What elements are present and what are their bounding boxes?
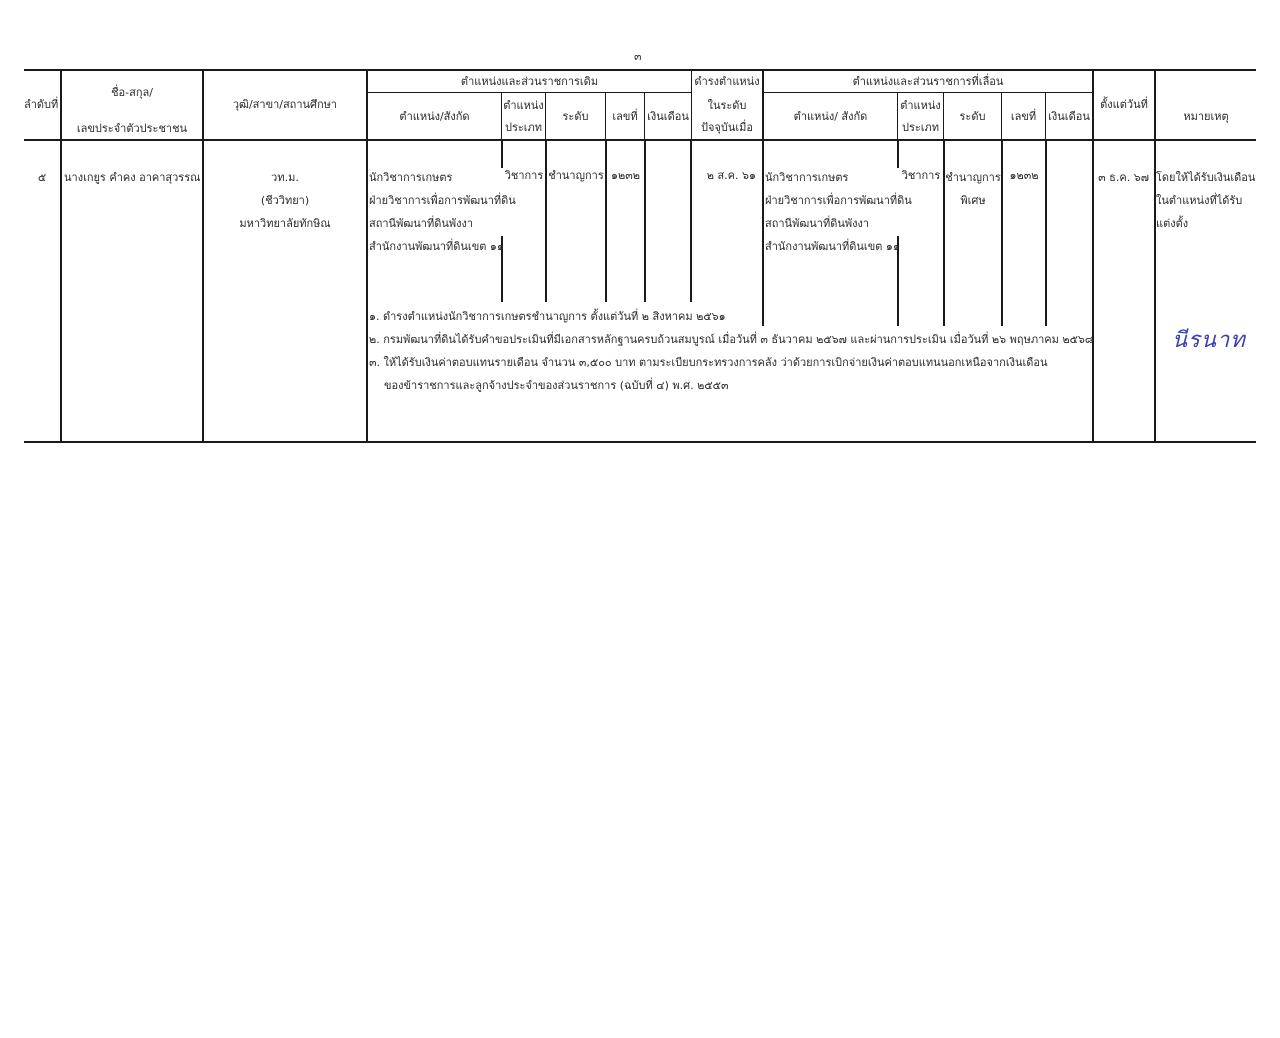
row-new-type: วิชาการ — [899, 164, 943, 187]
col-divider — [1092, 69, 1094, 443]
header-new-salary: เงินเดือน — [1046, 105, 1092, 128]
row-order: ๕ — [24, 166, 60, 189]
row-new-position-line: ฝ่ายวิชาการเพื่อการพัฒนาที่ดิน — [765, 189, 912, 212]
signature-initials: นีรนาท — [1172, 322, 1246, 357]
header-held-line2: ในระดับ — [692, 94, 762, 117]
header-new-number: เลขที่ — [1002, 105, 1045, 128]
row-since: ๓ ธ.ค. ๖๗ — [1094, 166, 1149, 189]
col-divider — [202, 69, 204, 443]
header-since: ตั้งแต่วันที่ — [1094, 93, 1154, 116]
table-bottom-border — [24, 441, 1256, 443]
header-name-line1: ชื่อ-สกุล/ — [62, 81, 202, 104]
row-new-position-line: นักวิชาการเกษตร — [765, 166, 848, 189]
header-old-level: ระดับ — [546, 105, 605, 128]
header-held-line1: ดำรงตำแหน่ง — [692, 70, 762, 93]
row-old-position-line: สำนักงานพัฒนาที่ดินเขต ๑๑ — [369, 235, 504, 258]
header-old-number: เลขที่ — [606, 105, 644, 128]
header-new-type-line1: ตำแหน่ง — [898, 94, 943, 117]
row-new-level-line2: พิเศษ — [945, 189, 1001, 212]
row-education-major: (ชีววิทยา) — [204, 189, 366, 212]
row-old-position-line: สถานีพัฒนาที่ดินพังงา — [369, 212, 473, 235]
row-new-number: ๑๒๓๒ — [1003, 164, 1045, 187]
row-old-type: วิชาการ — [503, 164, 545, 187]
row-new-level-line1: ชำนาญการ — [945, 166, 1001, 189]
header-order: ลำดับที่ — [24, 93, 58, 116]
row-education-institution: มหาวิทยาลัยทักษิณ — [204, 212, 366, 235]
header-old-position: ตำแหน่ง/สังกัด — [368, 105, 501, 128]
header-name-line2: เลขประจำตัวประชาชน — [62, 117, 202, 140]
row-education-degree: วท.ม. — [204, 166, 366, 189]
col-divider — [644, 140, 646, 302]
header-held-line3: ปัจจุบันเมื่อ — [692, 116, 762, 139]
row-old-number: ๑๒๓๒ — [607, 164, 644, 187]
row-old-level: ชำนาญการ — [547, 164, 605, 187]
header-new-type-line2: ประเภท — [898, 116, 943, 139]
header-education: วุฒิ/สาขา/สถานศึกษา — [204, 93, 366, 116]
header-new-level: ระดับ — [944, 105, 1001, 128]
row-old-position-line: นักวิชาการเกษตร — [369, 166, 452, 189]
row-new-position-line: สถานีพัฒนาที่ดินพังงา — [765, 212, 869, 235]
note-line: ของข้าราชการและลูกจ้างประจำของส่วนราชการ… — [384, 374, 729, 397]
header-old-salary: เงินเดือน — [645, 105, 691, 128]
header-new-group: ตำแหน่งและส่วนราชการที่เลื่อน — [764, 70, 1092, 93]
note-line: ๓. ให้ได้รับเงินค่าตอบแทนรายเดือน จำนวน … — [369, 351, 1048, 374]
header-remark: หมายเหตุ — [1156, 105, 1256, 128]
header-bottom-border — [24, 139, 1256, 141]
header-old-type-line2: ประเภท — [502, 116, 545, 139]
row-held-since: ๒ ส.ค. ๖๑ — [692, 164, 756, 187]
col-divider — [762, 140, 764, 326]
row-old-position-line: ฝ่ายวิชาการเพื่อการพัฒนาที่ดิน — [369, 189, 516, 212]
row-new-position-line: สำนักงานพัฒนาที่ดินเขต ๑๑ — [765, 235, 900, 258]
row-remark-line: โดยให้ได้รับเงินเดือน — [1156, 166, 1255, 189]
header-new-position: ตำแหน่ง/ สังกัด — [764, 105, 897, 128]
note-line: ๑. ดำรงตำแหน่งนักวิชาการเกษตรชำนาญการ ตั… — [369, 305, 726, 328]
page-number: ๓ — [634, 47, 642, 65]
row-remark-line: แต่งตั้ง — [1156, 212, 1188, 235]
note-line: ๒. กรมพัฒนาที่ดินได้รับคำขอประเมินที่มีเ… — [369, 328, 1093, 351]
col-divider — [1045, 140, 1047, 326]
header-old-type-line1: ตำแหน่ง — [502, 94, 545, 117]
row-name: นางเกยูร คำคง อาคาสุวรรณ — [64, 166, 200, 189]
header-old-group: ตำแหน่งและส่วนราชการเดิม — [368, 70, 691, 93]
row-remark-line: ในตำแหน่งที่ได้รับ — [1156, 189, 1242, 212]
